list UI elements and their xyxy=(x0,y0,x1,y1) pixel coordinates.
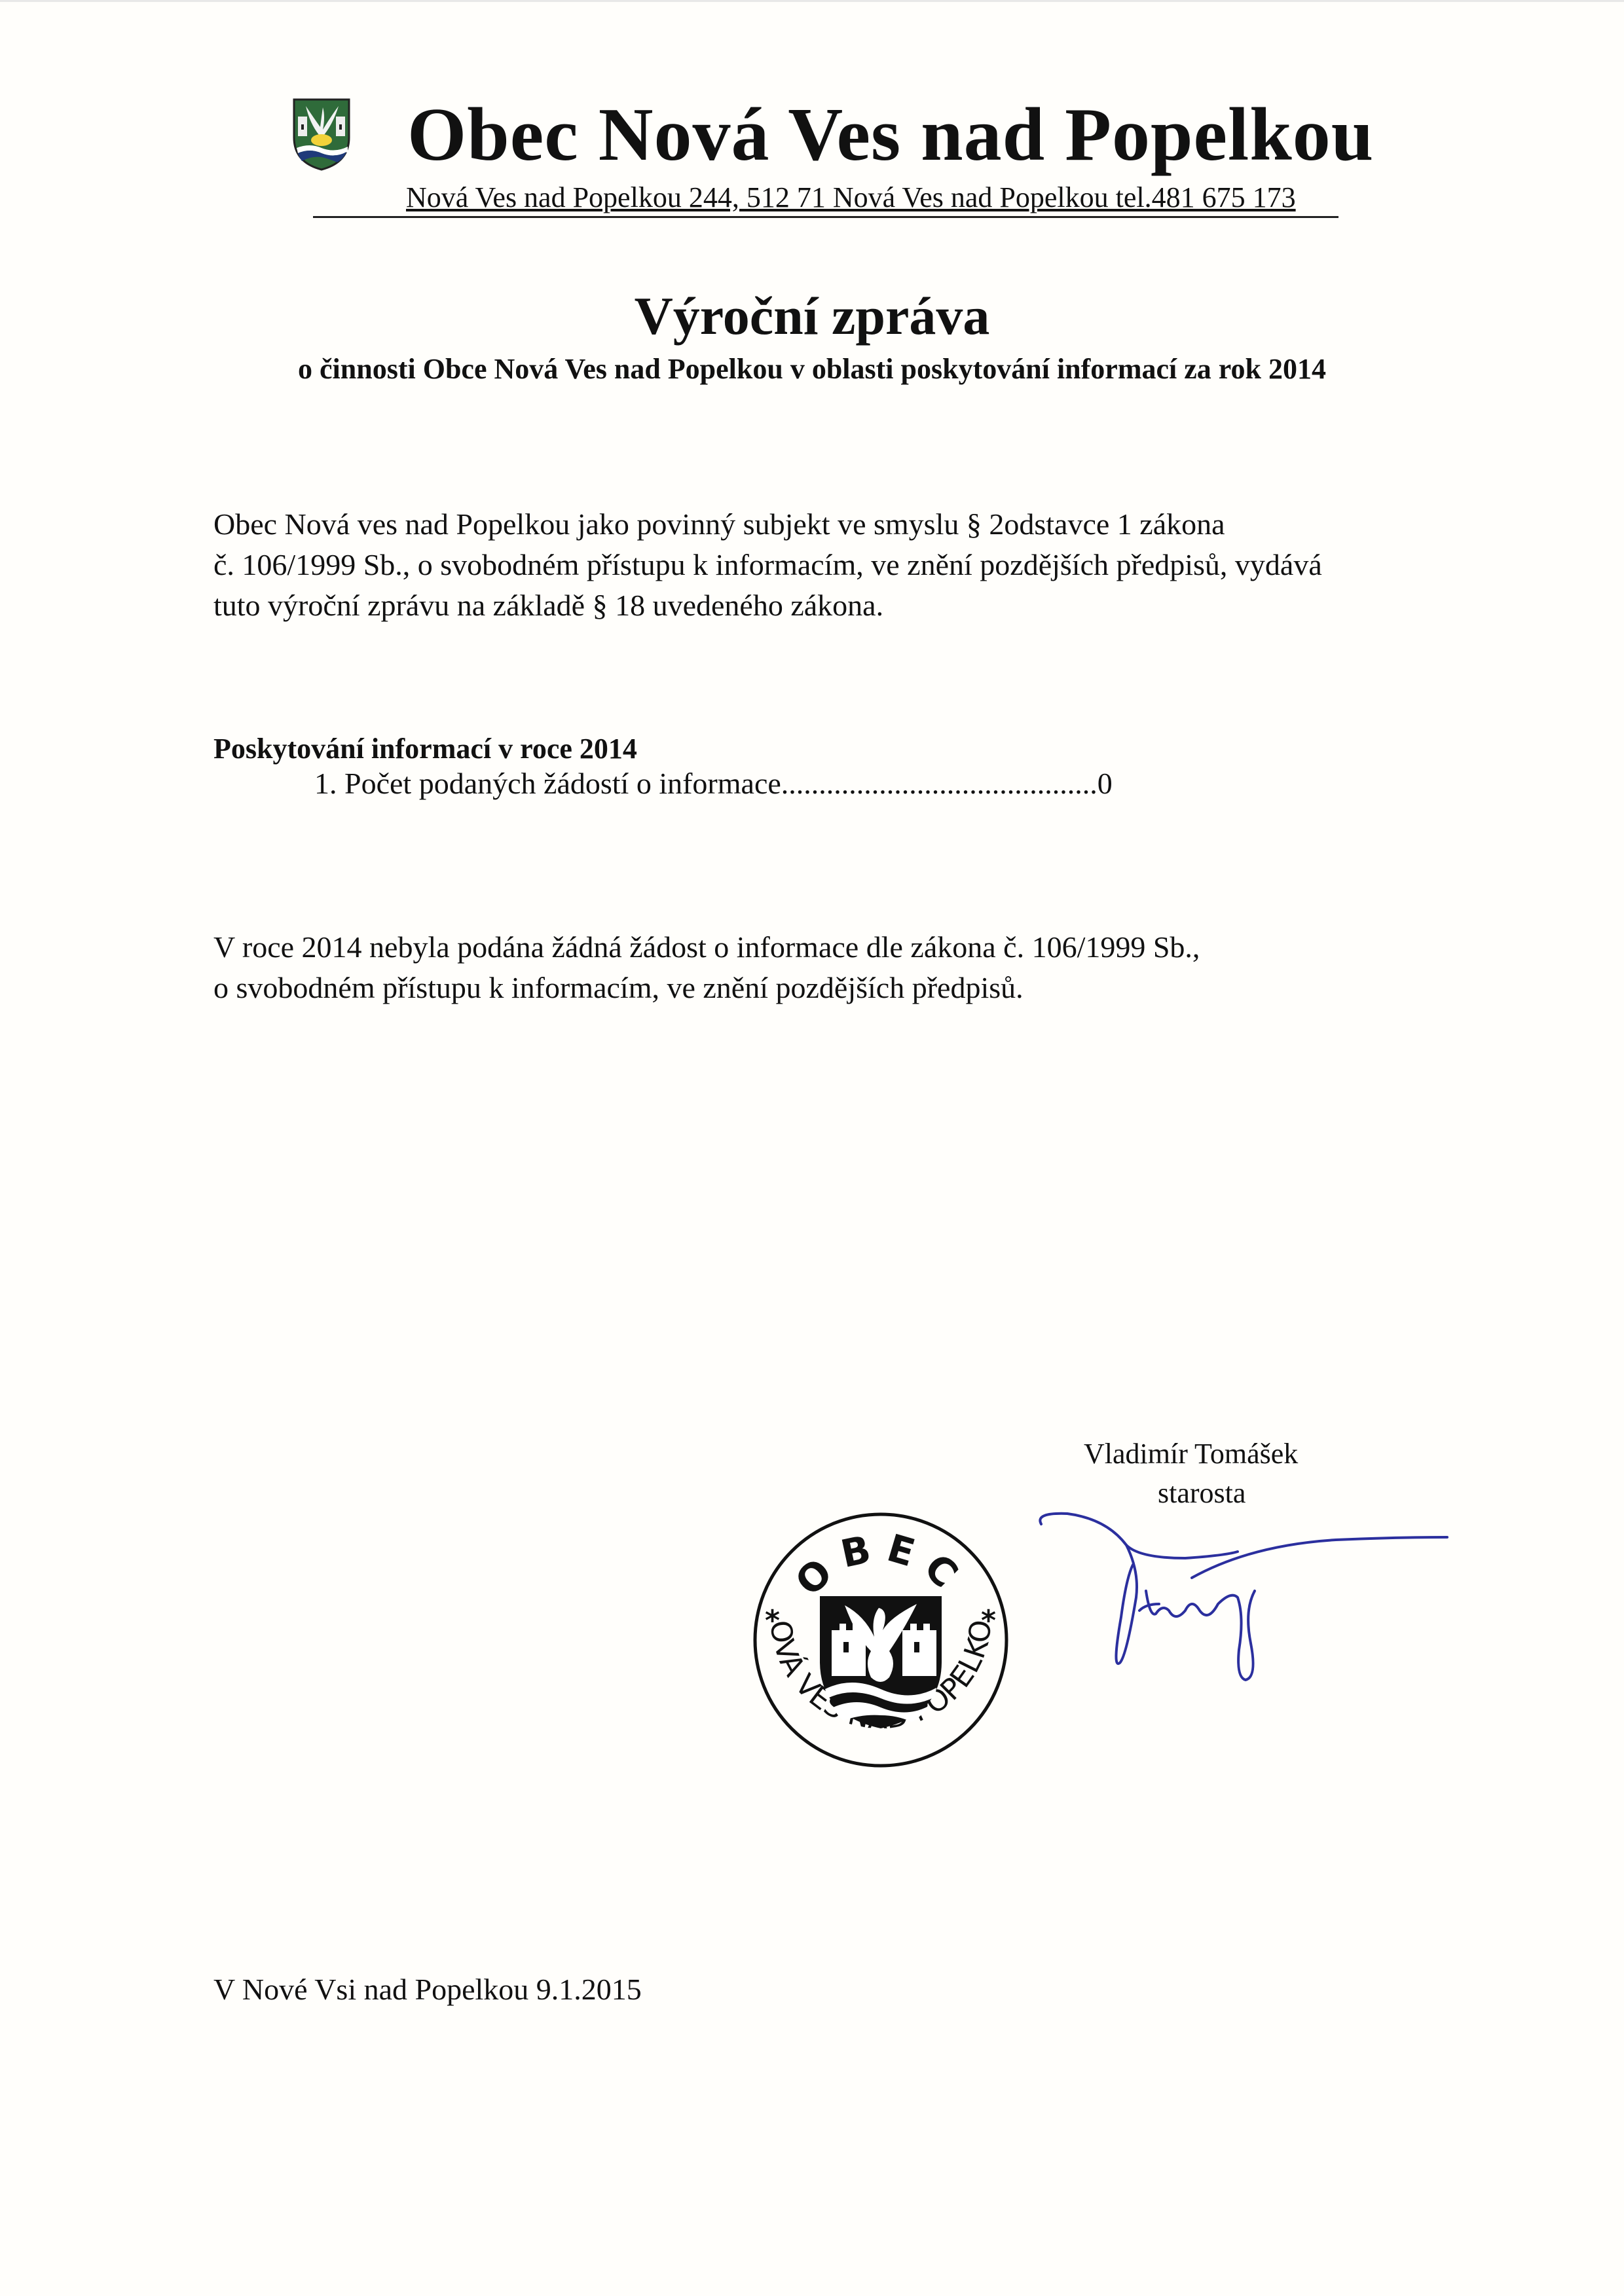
section-title: Poskytování informací v roce 2014 xyxy=(213,732,637,765)
stamp-star-left: * xyxy=(765,1604,780,1637)
signer-name: Vladimír Tomášek xyxy=(1084,1437,1298,1470)
dot-leader: ........................................… xyxy=(781,767,1098,800)
request-count-label: 1. Počet podaných žádostí o informace xyxy=(314,767,781,800)
intro-line: Obec Nová ves nad Popelkou jako povinný … xyxy=(213,504,1322,545)
summary-line: o svobodném přístupu k informacím, ve zn… xyxy=(213,968,1200,1008)
signer-role: starosta xyxy=(1158,1476,1246,1510)
stamp-top-text: OBEC xyxy=(787,1524,975,1605)
summary-line: V roce 2014 nebyla podána žádná žádost o… xyxy=(213,927,1200,968)
coat-of-arms-icon xyxy=(291,97,352,172)
intro-line: č. 106/1999 Sb., o svobodném přístupu k … xyxy=(213,545,1322,585)
letterhead-title: Obec Nová Ves nad Popelkou xyxy=(407,97,1374,173)
official-stamp: OBEC NOVÁ VES NAD POPELKOU * * xyxy=(740,1499,1022,1781)
document-title: Výroční zpráva xyxy=(0,289,1624,343)
document-subtitle: o činnosti Obce Nová Ves nad Popelkou v … xyxy=(0,355,1624,384)
intro-paragraph: Obec Nová ves nad Popelkou jako povinný … xyxy=(213,504,1322,626)
intro-line: tuto výroční zprávu na základě § 18 uved… xyxy=(213,585,1322,626)
page-edge xyxy=(0,0,1624,2)
letterhead-divider xyxy=(313,216,1338,218)
place-and-date: V Nové Vsi nad Popelkou 9.1.2015 xyxy=(213,1972,642,2007)
summary-paragraph: V roce 2014 nebyla podána žádná žádost o… xyxy=(213,927,1200,1008)
request-count-item: 1. Počet podaných žádostí o informace...… xyxy=(314,766,1113,801)
letterhead-address: Nová Ves nad Popelkou 244, 512 71 Nová V… xyxy=(406,182,1296,213)
svg-text:OBEC: OBEC xyxy=(787,1524,975,1605)
stamp-star-right: * xyxy=(981,1604,996,1637)
handwritten-signature xyxy=(1028,1506,1473,1689)
request-count-value: 0 xyxy=(1098,767,1113,800)
